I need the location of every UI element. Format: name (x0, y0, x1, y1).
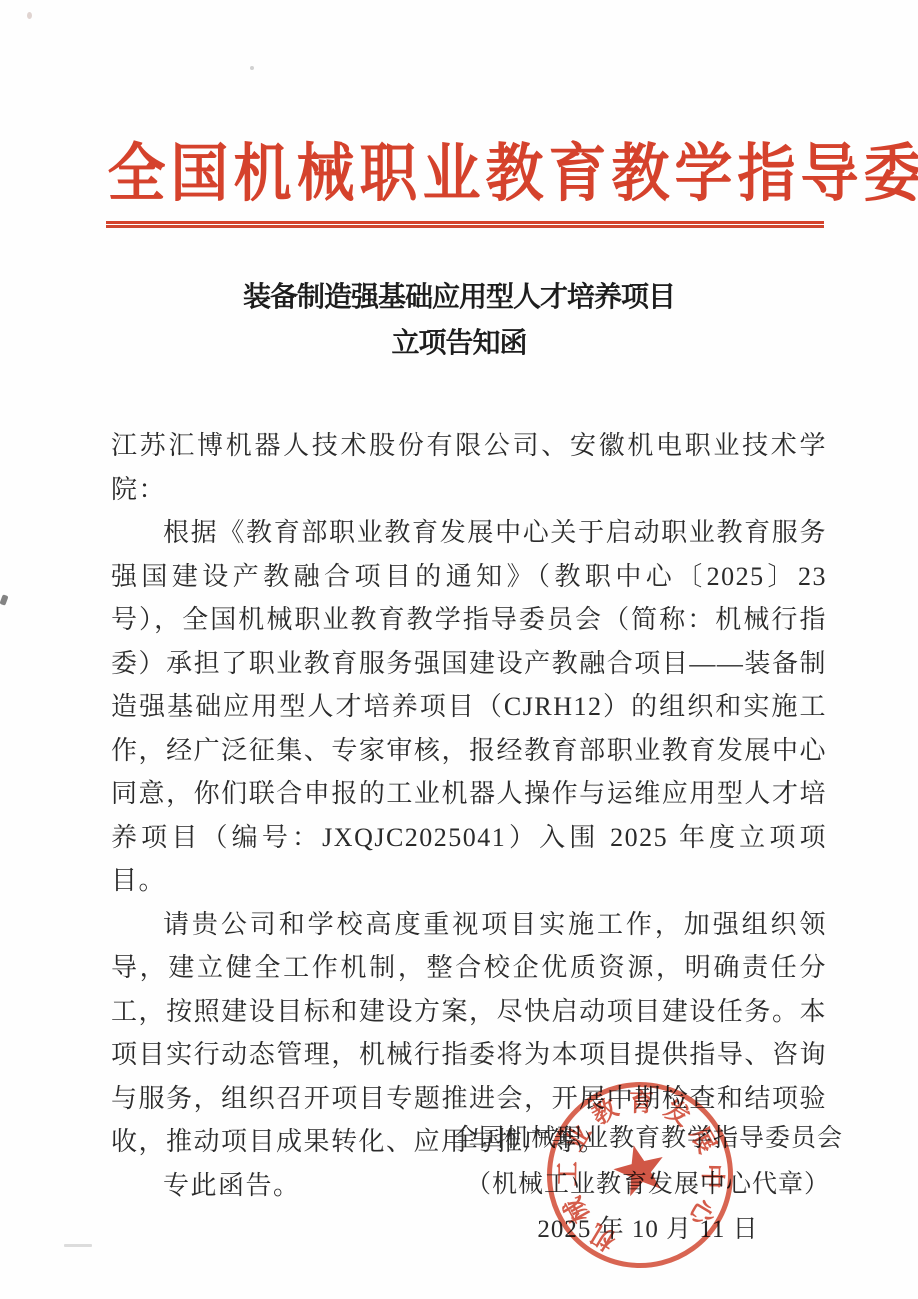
signature-org: 全国机械职业教育教学指导委员会 (448, 1116, 848, 1162)
document-title-line2: 立项告知函 (0, 321, 918, 367)
document-title-line1: 装备制造强基础应用型人才培养项目 (0, 275, 918, 321)
signature-date: 2025 年 10 月 11 日 (448, 1207, 848, 1253)
scan-smudge (64, 1244, 92, 1247)
scanned-letter-page: 全国机械职业教育教学指导委员会 装备制造强基础应用型人才培养项目 立项告知函 江… (0, 0, 918, 1299)
paragraph-1: 根据《教育部职业教育发展中心关于启动职业教育服务强国建设产教融合项目的通知》（教… (111, 511, 827, 903)
scan-speck (250, 66, 254, 70)
letterhead-divider-line (106, 221, 824, 228)
letter-body: 江苏汇博机器人技术股份有限公司、安徽机电职业技术学院： 根据《教育部职业教育发展… (111, 424, 827, 1207)
document-title: 装备制造强基础应用型人才培养项目 立项告知函 (0, 275, 918, 367)
signature-proxy-note: （机械工业教育发展中心代章） (448, 1162, 848, 1208)
letterhead-org-name: 全国机械职业教育教学指导委员会 (105, 138, 821, 210)
scan-speck (0, 594, 9, 605)
recipient-line: 江苏汇博机器人技术股份有限公司、安徽机电职业技术学院： (111, 424, 827, 511)
signature-block: 全国机械职业教育教学指导委员会 （机械工业教育发展中心代章） 2025 年 10… (448, 1116, 848, 1253)
scan-speck (27, 12, 32, 19)
